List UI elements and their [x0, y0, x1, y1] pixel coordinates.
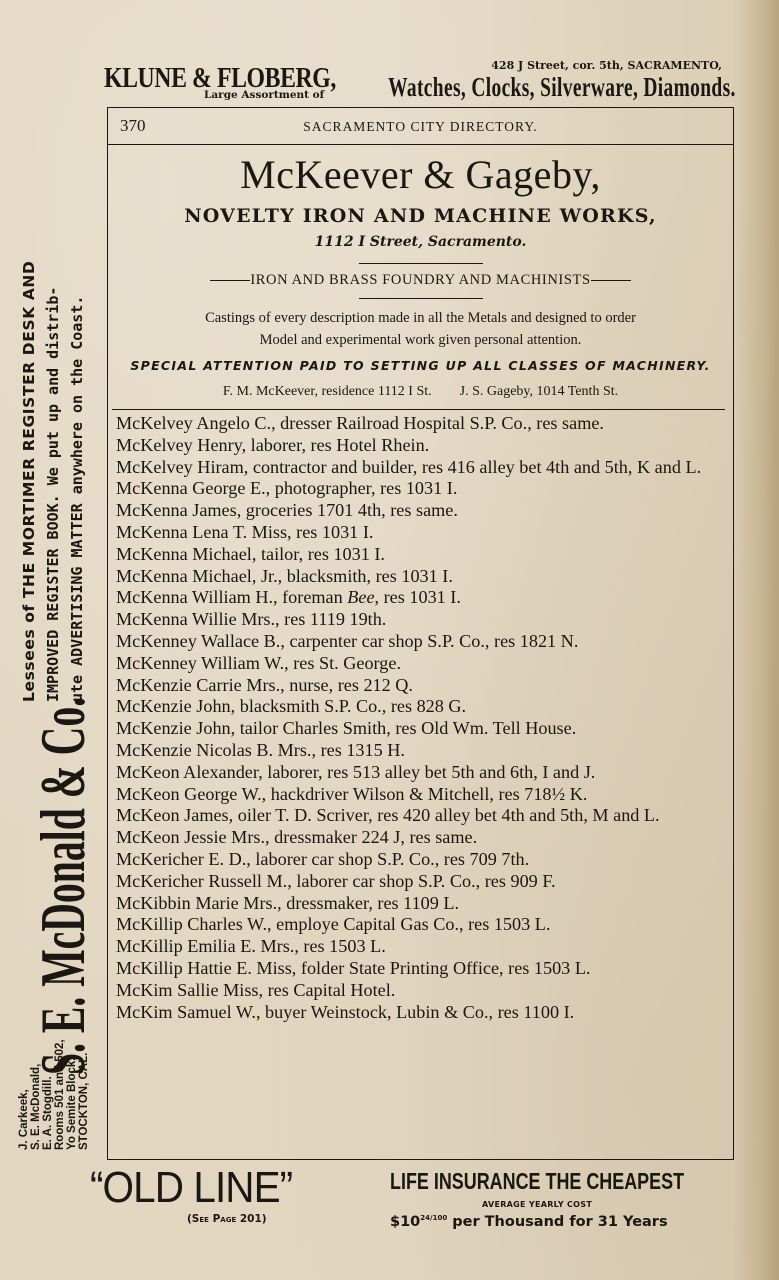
list-item: McKenna James, groceries 1701 4th, res s… [116, 500, 719, 522]
old-line-title: “OLD LINE” [90, 1163, 292, 1213]
list-item: McKim Samuel W., buyer Weinstock, Lubin … [116, 1002, 719, 1024]
footer-advert: “OLD LINE” (See Page 201) LIFE INSURANCE… [90, 1163, 730, 1233]
header-advert: KLUNE & FLOBERG, Large Assortment of 428… [104, 56, 736, 106]
advert-divider [359, 263, 483, 264]
margin-firm-name: S. E. McDonald & Co. [26, 697, 100, 1075]
average-yearly-cost: AVERAGE YEARLY COST [482, 1200, 592, 1209]
see-page-reference: (See Page 201) [187, 1213, 267, 1225]
advert-foundry-text: IRON AND BRASS FOUNDRY AND MACHINISTS [250, 272, 590, 288]
advert-special-attention: SPECIAL ATTENTION PAID TO SETTING UP ALL… [108, 358, 733, 373]
header-address: 428 J Street, cor. 5th, SACRAMENTO, [491, 59, 722, 72]
list-item: McKericher Russell M., laborer car shop … [116, 871, 719, 893]
advert-name: McKeever & Gageby, [108, 151, 733, 198]
list-item: McKibbin Marie Mrs., dressmaker, res 110… [116, 893, 719, 915]
list-item: McKenna Michael, Jr., blacksmith, res 10… [116, 566, 719, 588]
list-item: McKenzie Nicolas B. Mrs., res 1315 H. [116, 740, 719, 762]
list-item: McKim Sallie Miss, res Capital Hotel. [116, 980, 719, 1002]
advert-foundry: IRON AND BRASS FOUNDRY AND MACHINISTS [108, 272, 733, 289]
owner-mckeever: F. M. McKeever, residence 1112 I St. [223, 384, 432, 399]
life-insurance-heading: LIFE INSURANCE THE CHEAPEST [390, 1168, 684, 1195]
list-item: McKenzie Carrie Mrs., nurse, res 212 Q. [116, 675, 719, 697]
running-head: 370 SACRAMENTO CITY DIRECTORY. [108, 116, 733, 140]
header-goods: Watches, Clocks, Silverware, Diamonds. [388, 72, 736, 103]
advert-owners: F. M. McKeever, residence 1112 I St.J. S… [108, 384, 733, 400]
dash-left [210, 280, 250, 281]
advert-divider [359, 298, 483, 299]
list-item: McKeon Alexander, laborer, res 513 alley… [116, 762, 719, 784]
margin-advert: Lessees of THE MORTIMER REGISTER DESK AN… [18, 90, 98, 1160]
list-item: McKelvey Henry, laborer, res Hotel Rhein… [116, 435, 719, 457]
list-item: McKeon George W., hackdriver Wilson & Mi… [116, 784, 719, 806]
advert-castings-line1: Castings of every description made in al… [108, 310, 733, 327]
mckeever-advert: McKeever & Gageby, NOVELTY IRON AND MACH… [108, 148, 733, 408]
list-item: McKelvey Hiram, contractor and builder, … [116, 457, 719, 479]
list-item: McKenna George E., photographer, res 103… [116, 478, 719, 500]
list-item: McKericher E. D., laborer car shop S.P. … [116, 849, 719, 871]
list-item: McKenna Willie Mrs., res 1119 19th. [116, 609, 719, 631]
margin-address-line: STOCKTON, CAL. [78, 1053, 91, 1150]
advert-castings-line2: Model and experimental work given person… [108, 332, 733, 349]
list-item: McKillip Hattie E. Miss, folder State Pr… [116, 958, 719, 980]
insurance-cost: $1024/100 per Thousand for 31 Years [390, 1214, 668, 1230]
header-assortment: Large Assortment of [204, 89, 324, 101]
list-item: McKillip Charles W., employe Capital Gas… [116, 914, 719, 936]
list-item: McKenna Michael, tailor, res 1031 I. [116, 544, 719, 566]
owner-gageby: J. S. Gageby, 1014 Tenth St. [460, 384, 618, 399]
margin-line-lessees: Lessees of THE MORTIMER REGISTER DESK AN… [20, 261, 38, 702]
margin-line-advertising: ute ADVERTISING MATTER anywhere on the C… [68, 296, 86, 702]
list-item: McKenna William H., foreman Bee, res 103… [116, 587, 719, 609]
header-rule [108, 144, 733, 145]
newspaper-name: Bee [347, 587, 374, 607]
list-item: McKelvey Angelo C., dresser Railroad Hos… [116, 413, 719, 435]
advert-works: NOVELTY IRON AND MACHINE WORKS, [108, 205, 733, 227]
list-item: McKenney William W., res St. George. [116, 653, 719, 675]
directory-listings: McKelvey Angelo C., dresser Railroad Hos… [116, 413, 719, 1023]
page-frame: 370 SACRAMENTO CITY DIRECTORY. McKeever … [107, 107, 734, 1160]
margin-line-improved: IMPROVED REGISTER BOOK. We put up and di… [44, 287, 62, 702]
list-item: McKenney Wallace B., carpenter car shop … [116, 631, 719, 653]
list-item: McKeon James, oiler T. D. Scriver, res 4… [116, 805, 719, 827]
advert-bottom-rule [112, 409, 725, 410]
dash-right [591, 280, 631, 281]
directory-title: SACRAMENTO CITY DIRECTORY. [108, 119, 733, 135]
list-item: McKenna Lena T. Miss, res 1031 I. [116, 522, 719, 544]
list-item: McKeon Jessie Mrs., dressmaker 224 J, re… [116, 827, 719, 849]
list-item: McKillip Emilia E. Mrs., res 1503 L. [116, 936, 719, 958]
advert-street: 1112 I Street, Sacramento. [108, 234, 733, 250]
list-item: McKenzie John, blacksmith S.P. Co., res … [116, 696, 719, 718]
list-item: McKenzie John, tailor Charles Smith, res… [116, 718, 719, 740]
